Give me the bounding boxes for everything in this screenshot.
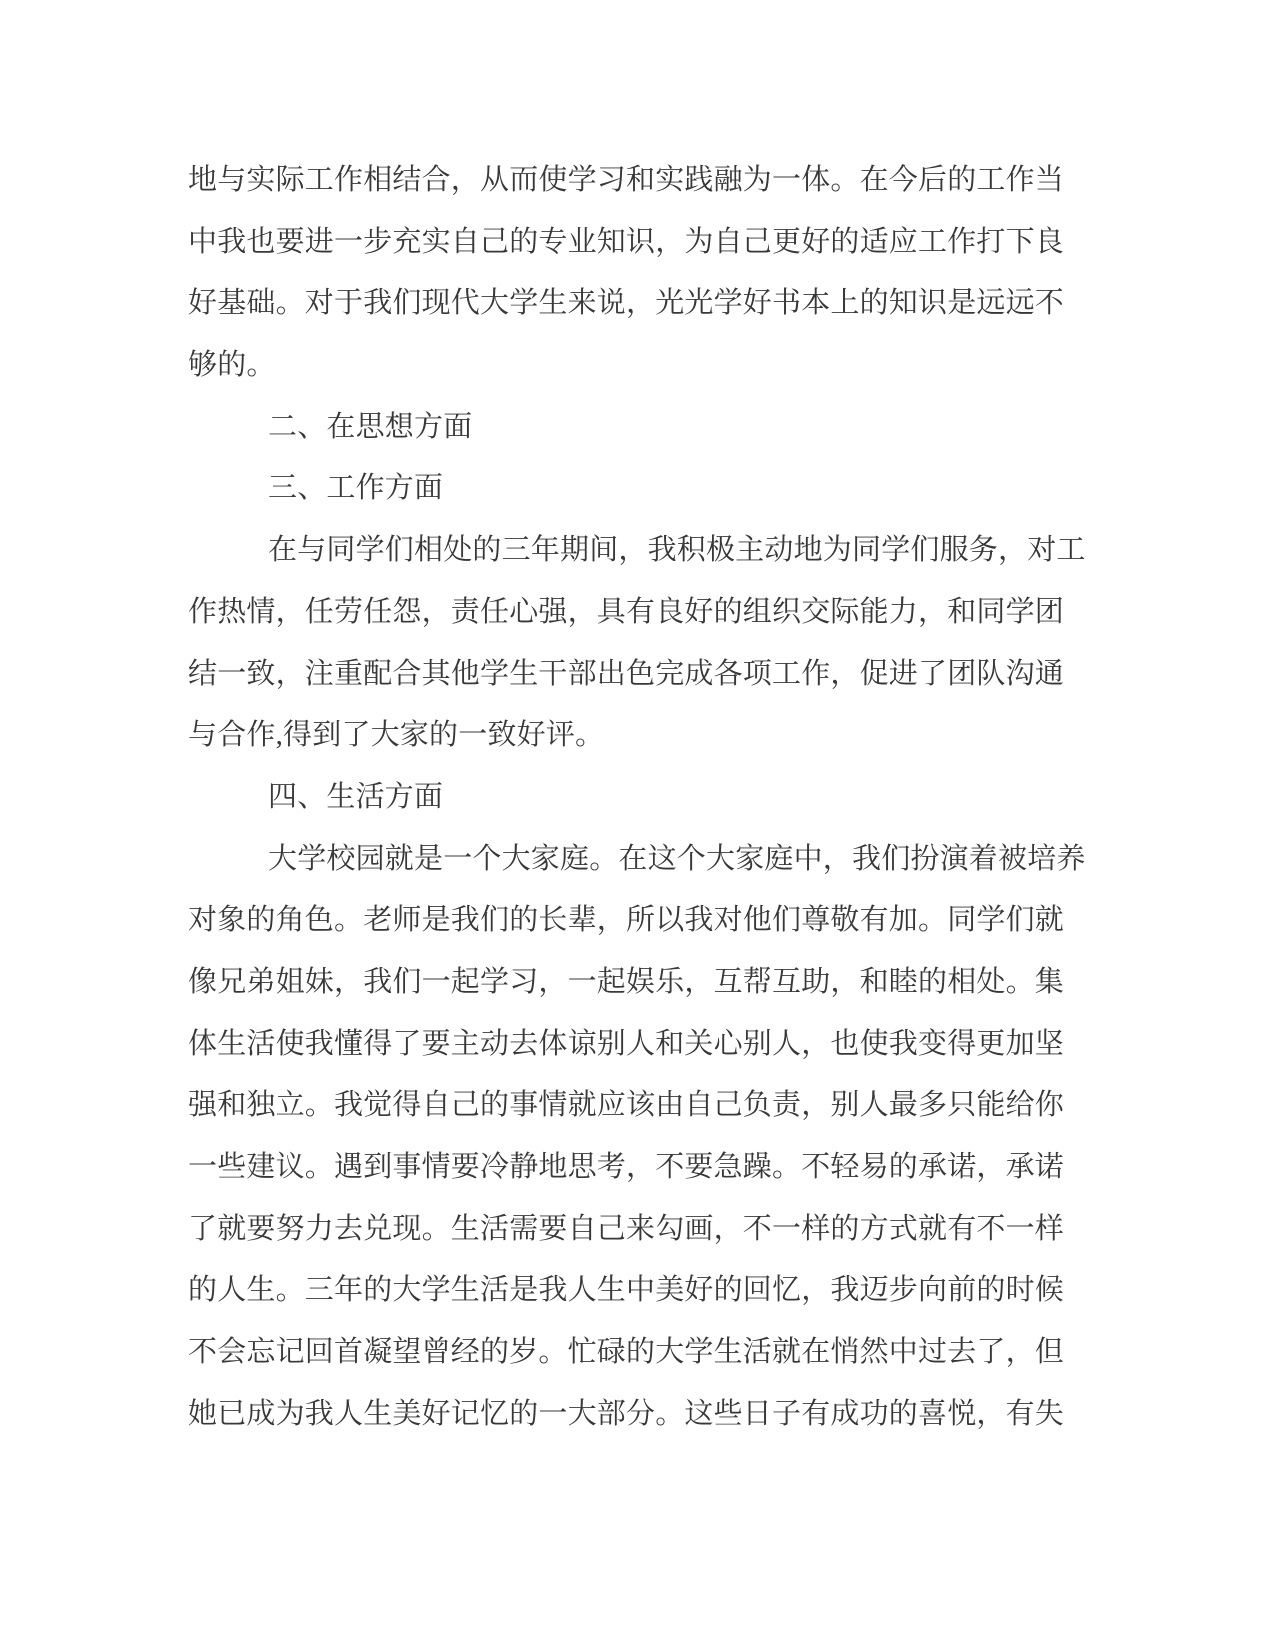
text-line: 的人生。三年的大学生活是我人生中美好的回忆，我迈步向前的时候: [188, 1260, 1062, 1322]
text-line: 大学校园就是一个大家庭。在这个大家庭中，我们扮演着被培养: [188, 829, 1062, 891]
text-line: 够的。: [188, 335, 1062, 397]
text-line: 中我也要进一步充实自己的专业知识，为自己更好的适应工作打下良: [188, 212, 1062, 274]
text-line: 了就要努力去兑现。生活需要自己来勾画，不一样的方式就有不一样: [188, 1199, 1062, 1261]
text-line: 地与实际工作相结合，从而使学习和实践融为一体。在今后的工作当: [188, 150, 1062, 212]
text-line: 作热情，任劳任怨，责任心强，具有良好的组织交际能力，和同学团: [188, 582, 1062, 644]
document-body: 地与实际工作相结合，从而使学习和实践融为一体。在今后的工作当 中我也要进一步充实…: [188, 150, 1062, 1445]
text-line: 在与同学们相处的三年期间，我积极主动地为同学们服务，对工: [188, 520, 1062, 582]
text-line: 对象的角色。老师是我们的长辈，所以我对他们尊敬有加。同学们就: [188, 890, 1062, 952]
text-line: 强和独立。我觉得自己的事情就应该由自己负责，别人最多只能给你: [188, 1075, 1062, 1137]
section-heading: 二、在思想方面: [188, 397, 1062, 459]
text-line: 像兄弟姐妹，我们一起学习，一起娱乐，互帮互助，和睦的相处。集: [188, 952, 1062, 1014]
text-line: 体生活使我懂得了要主动去体谅别人和关心别人，也使我变得更加坚: [188, 1014, 1062, 1076]
document-page: 地与实际工作相结合，从而使学习和实践融为一体。在今后的工作当 中我也要进一步充实…: [0, 0, 1275, 1650]
text-line: 一些建议。遇到事情要冷静地思考，不要急躁。不轻易的承诺，承诺: [188, 1137, 1062, 1199]
section-heading: 四、生活方面: [188, 767, 1062, 829]
text-line: 不会忘记回首凝望曾经的岁。忙碌的大学生活就在悄然中过去了，但: [188, 1322, 1062, 1384]
section-heading: 三、工作方面: [188, 458, 1062, 520]
text-line: 她已成为我人生美好记忆的一大部分。这些日子有成功的喜悦，有失: [188, 1384, 1062, 1446]
text-line: 与合作,得到了大家的一致好评。: [188, 705, 1062, 767]
text-line: 好基础。对于我们现代大学生来说，光光学好书本上的知识是远远不: [188, 273, 1062, 335]
text-line: 结一致，注重配合其他学生干部出色完成各项工作，促进了团队沟通: [188, 644, 1062, 706]
